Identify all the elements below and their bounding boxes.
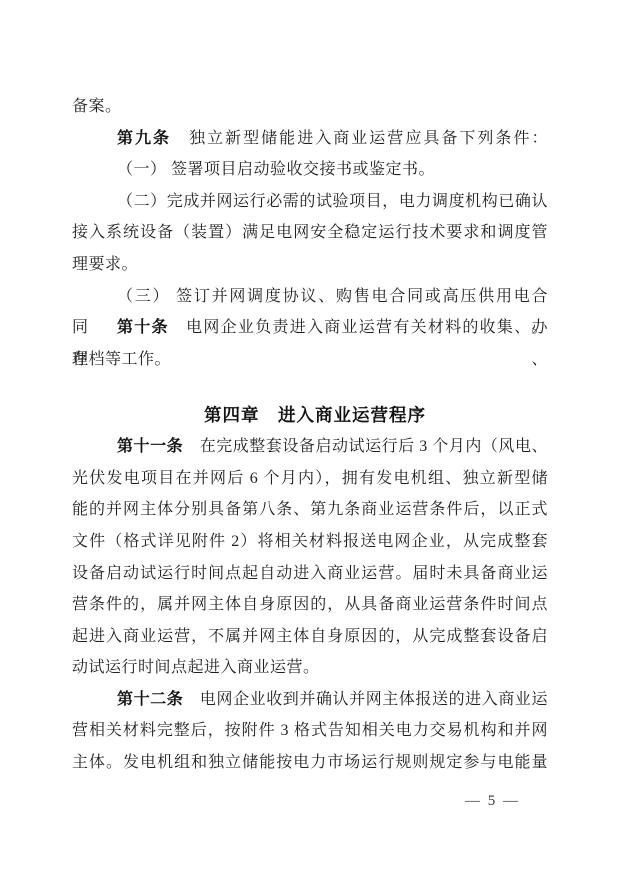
- text-line: 理要求。: [72, 249, 548, 281]
- body-text: 营相关材料完整后，按附件 3 格式告知相关电力交易机构和并网: [72, 722, 548, 739]
- chapter-heading: 第四章 进入商业运营程序: [72, 400, 548, 432]
- text-line: （二）完成并网运行必需的试验项目，电力调度机构已确认: [72, 186, 548, 218]
- text-line: （一） 签署项目启动验收交接书或鉴定书。: [72, 154, 548, 186]
- body-text: 存档等工作。: [72, 351, 171, 368]
- body-text: 理要求。: [72, 256, 138, 273]
- text-line: 动试运行时间点起进入商业运营。: [72, 652, 548, 684]
- text-line: 备案。: [72, 91, 548, 123]
- body-text: 能的并网主体分别具备第八条、第九条商业运营条件后，以正式: [72, 501, 548, 518]
- text-line: 第十一条 在完成整套设备启动试运行后 3 个月内（风电、: [72, 431, 548, 463]
- body-text: 起进入商业运营，不属并网主体自身原因的，从完成整套设备启: [72, 628, 548, 645]
- text-line: 设备启动试运行时间点起自动进入商业运营。届时未具备商业运: [72, 558, 548, 590]
- body-text: 光伏发电项目在并网后 6 个月内），拥有发电机组、独立新型储: [72, 470, 548, 487]
- body-text: 独立新型储能进入商业运营应具备下列条件：: [171, 130, 548, 147]
- text-line: 能的并网主体分别具备第八条、第九条商业运营条件后，以正式: [72, 494, 548, 526]
- article-number: 第十二条: [117, 691, 183, 708]
- text-line: 接入系统设备（装置）满足电网安全稳定运行技术要求和调度管: [72, 217, 548, 249]
- article-number: 第十条: [117, 319, 169, 336]
- text-line: 第十二条 电网企业收到并确认并网主体报送的进入商业运: [72, 684, 548, 716]
- body-text: 在完成整套设备启动试运行后 3 个月内（风电、: [183, 438, 548, 455]
- text-line: 营条件的，属并网主体自身原因的，从具备商业运营条件时间点: [72, 589, 548, 621]
- document-body: 备案。 第九条 独立新型储能进入商业运营应具备下列条件： （一） 签署项目启动验…: [72, 91, 548, 779]
- body-text: 文件（格式详见附件 2）将相关材料报送电网企业，从完成整套: [72, 533, 548, 550]
- body-text: 备案。: [72, 98, 122, 115]
- body-text: 营条件的，属并网主体自身原因的，从具备商业运营条件时间点: [72, 596, 548, 613]
- article-number: 第九条: [117, 130, 171, 147]
- text-line: （三） 签订并网调度协议、购售电合同或高压供用电合同。: [72, 281, 548, 313]
- text-line: 第十条 电网企业负责进入商业运营有关材料的收集、办理、: [72, 312, 548, 344]
- body-text: 主体。发电机组和独立储能按电力市场运行规则规定参与电能量: [72, 754, 548, 771]
- text-line: 营相关材料完整后，按附件 3 格式告知相关电力交易机构和并网: [72, 715, 548, 747]
- text-line: 起进入商业运营，不属并网主体自身原因的，从完成整套设备启: [72, 621, 548, 653]
- text-line: 第九条 独立新型储能进入商业运营应具备下列条件：: [72, 123, 548, 155]
- body-text: 设备启动试运行时间点起自动进入商业运营。届时未具备商业运: [72, 565, 548, 582]
- article-number: 第十一条: [117, 438, 183, 455]
- text-line: 光伏发电项目在并网后 6 个月内），拥有发电机组、独立新型储: [72, 463, 548, 495]
- document-page: 备案。 第九条 独立新型储能进入商业运营应具备下列条件： （一） 签署项目启动验…: [0, 0, 620, 877]
- text-line: 主体。发电机组和独立储能按电力市场运行规则规定参与电能量: [72, 747, 548, 779]
- body-text: 接入系统设备（装置）满足电网安全稳定运行技术要求和调度管: [72, 224, 548, 241]
- body-text: 动试运行时间点起进入商业运营。: [72, 659, 320, 676]
- page-number: — 5 —: [465, 791, 520, 811]
- body-text: 电网企业收到并确认并网主体报送的进入商业运: [183, 691, 548, 708]
- body-text: （一） 签署项目启动验收交接书或鉴定书。: [117, 161, 435, 178]
- text-line: 文件（格式详见附件 2）将相关材料报送电网企业，从完成整套: [72, 526, 548, 558]
- body-text: （二）完成并网运行必需的试验项目，电力调度机构已确认: [117, 193, 548, 210]
